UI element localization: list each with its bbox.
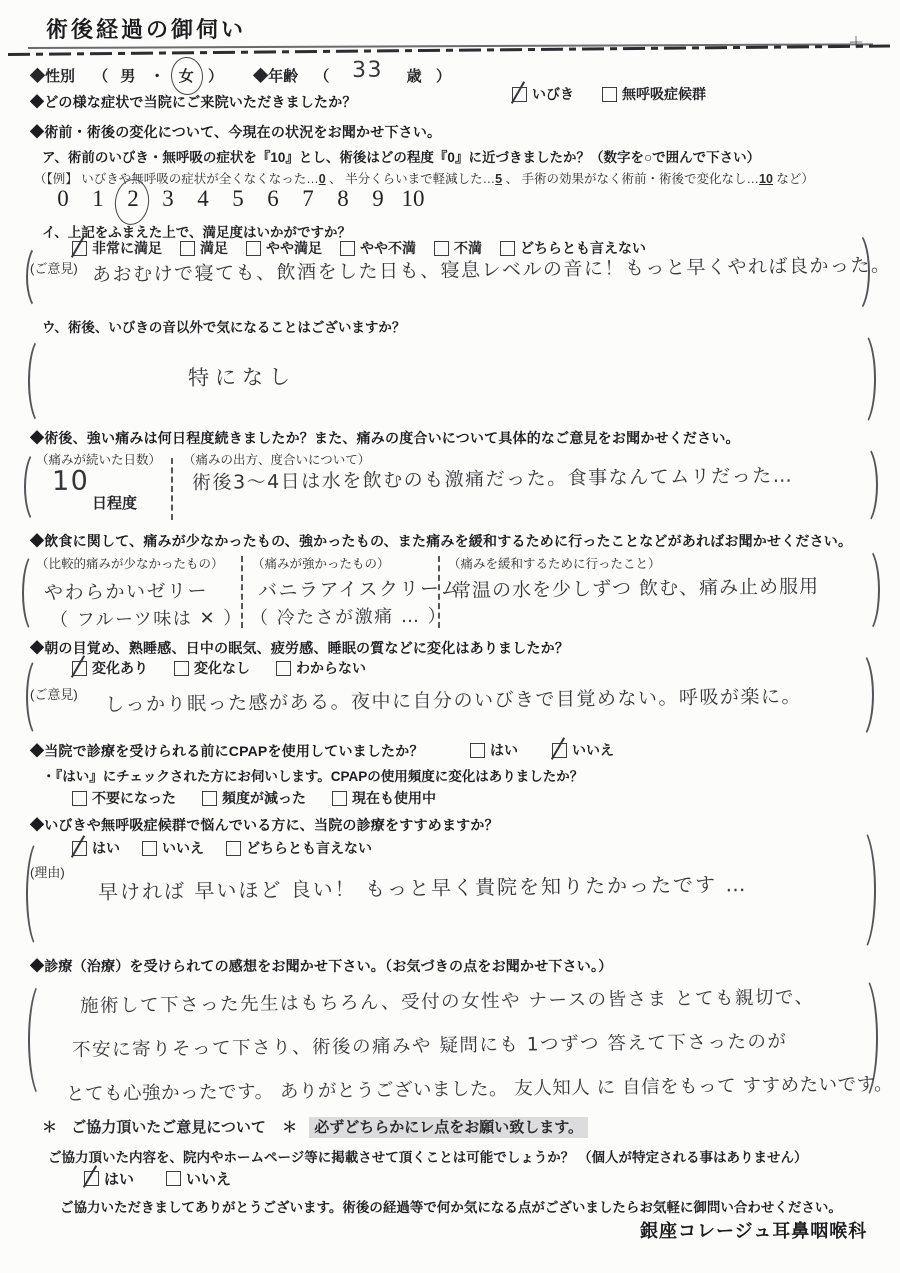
checkbox-label: 変化あり — [92, 658, 148, 678]
dashed-divider — [171, 458, 173, 520]
change-heading: ◆術前・術後の変化について、今現在の状況をお聞かせ下さい。 — [30, 122, 441, 142]
profile-row: ◆性別 （ 男 ・ 女 ） ◆年齢 （ 33 歳 ） — [30, 62, 451, 87]
checkbox-recommend-yes[interactable] — [72, 841, 87, 856]
comment-label: (ご意見) — [30, 684, 78, 703]
scale-number-6[interactable]: 6 — [260, 186, 286, 212]
footer-thanks: ご協力いただきましてありがとうございます。術後の経過等で何か気になる点がございま… — [60, 1196, 842, 1216]
checkbox-label: 無呼吸症候群 — [622, 84, 706, 104]
recommend-question: ◆いびきや無呼吸症候群で悩んでいる方に、当院の診療をすすめますか？ — [30, 815, 499, 835]
comment-label: (ご意見) — [30, 258, 78, 277]
age-paren-open: （ — [314, 68, 329, 85]
reason-label: (理由) — [30, 862, 65, 881]
checkbox-recommend-no[interactable] — [142, 841, 157, 856]
survey-form-page: 術後経過の御伺い ＋ ◆性別 （ 男 ・ 女 ） ◆年齢 （ 33 歳 ） ◆ど… — [0, 0, 900, 1273]
footer-note-label: ご協力頂いたご意見について — [71, 1119, 266, 1136]
clinic-name: 銀座コレージュ耳鼻咽喉科 — [640, 1217, 867, 1243]
checkbox-label: いびき — [532, 84, 574, 104]
gender-label: ◆性別 — [30, 68, 75, 85]
eating-col2-line2-handwritten: （ 冷たさが激痛 … ） — [250, 602, 447, 630]
cpap-q2-options: 不要になった 頻度が減った 現在も使用中 — [72, 788, 436, 808]
checkbox-changed[interactable] — [72, 661, 87, 676]
eating-heading: ◆飲食に関して、痛みが少なかったもの、強かったもの、また痛みを緩和するために行っ… — [30, 531, 852, 551]
checkbox-somewhat-satisfied[interactable] — [246, 241, 261, 256]
pain-heading: ◆術後、強い痛みは何日程度続きましたか？また、痛みの度合いについて具体的なご意見… — [30, 428, 740, 448]
rating-scale: 0 1 2 3 4 5 6 7 8 9 10 — [50, 186, 426, 212]
checkbox-publish-yes[interactable] — [84, 1171, 99, 1186]
cpap-option-yes: はい — [470, 740, 518, 760]
checkbox-label: はい — [92, 838, 120, 858]
impressions-line2-handwritten: 不安に寄りそって下さり、術後の痛みや 疑問にも 1つずつ 答えて下さったのが — [72, 1027, 788, 1062]
publish-question: ご協力頂いた内容を、院内やホームページ等に掲載させて頂くことは可能でしょうか？ … — [48, 1146, 807, 1166]
satisfaction-option: 満足 — [180, 238, 228, 258]
satisfaction-option: やや満足 — [246, 238, 322, 258]
checkbox-label: やや満足 — [266, 238, 322, 258]
example-text: 、 半分くらいまで軽減した… — [326, 172, 495, 186]
sleep-heading: ◆朝の目覚め、熟睡感、日中の眠気、疲労感、睡眠の質などに変化はありましたか？ — [30, 638, 569, 658]
scale-number-5[interactable]: 5 — [225, 186, 251, 212]
checkbox-mukokyu[interactable] — [602, 87, 617, 102]
checkbox-label: やや不満 — [360, 238, 416, 258]
checkbox-label: はい — [104, 1168, 134, 1189]
example-value-10: 10 — [759, 172, 773, 186]
cpap-q1-options: はい いいえ — [470, 740, 614, 760]
asterisk-mark: ＊ — [282, 1119, 297, 1136]
impressions-line3-handwritten: とても心強かったです。 ありがとうございました。 友人知人 に 自信をもって す… — [66, 1070, 893, 1106]
age-unit: 歳 — [407, 68, 422, 85]
checkbox-label: 頻度が減った — [222, 788, 306, 808]
cpap-freq-option: 不要になった — [72, 788, 176, 808]
checkbox-label: 不要になった — [92, 788, 176, 808]
eating-col1-line2-handwritten: （ フルーツ味は ✕ ） — [50, 604, 243, 632]
recommend-option-yes: はい — [72, 838, 120, 858]
eating-col1-line1-handwritten: やわらかいゼリー — [44, 576, 208, 605]
cpap-freq-option: 現在も使用中 — [332, 788, 436, 808]
checkbox-recommend-neither[interactable] — [226, 841, 241, 856]
checkbox-label: 現在も使用中 — [352, 788, 436, 808]
checkbox-label: どちらとも言えない — [246, 838, 372, 858]
sleep-options: 変化あり 変化なし わからない — [72, 658, 366, 678]
example-text: 、 手術の効果がなく術前・術後で変化なし… — [502, 172, 759, 186]
checkbox-dissatisfied[interactable] — [434, 241, 449, 256]
asterisk-mark: ＊ — [42, 1119, 57, 1136]
footer-note-bold-highlight: 必ずどちらかにレ点をお願い致します。 — [309, 1117, 588, 1138]
other-concerns-answer-handwritten: 特になし — [188, 361, 296, 392]
symptom-question: ◆どの様な症状で当院にご来院いただきましたか？ — [30, 92, 357, 112]
checkbox-cpap-no[interactable] — [552, 743, 567, 758]
bracket-right — [844, 826, 876, 954]
recommend-option-neither: どちらとも言えない — [226, 838, 372, 858]
recommend-reason-handwritten: 早ければ 早いほど 良い！ もっと早く貴院を知りたかったです … — [98, 868, 748, 905]
gender-option-female-circled[interactable]: 女 — [179, 65, 194, 86]
checkbox-no-change[interactable] — [174, 661, 189, 676]
bracket-right — [844, 650, 874, 740]
change-question-a: ア、術前のいびき・無呼吸の症状を『10』とし、術後はどの程度『0』に近づきました… — [42, 146, 760, 166]
checkbox-publish-no[interactable] — [166, 1171, 181, 1186]
checkbox-frequency-decreased[interactable] — [202, 791, 217, 806]
sleep-option: わからない — [276, 658, 366, 678]
checkbox-label: いいえ — [186, 1168, 231, 1189]
sleep-option: 変化あり — [72, 658, 148, 678]
gender-paren-close: ） — [208, 68, 223, 85]
eating-col3-label: （痛みを緩和するために行ったこと） — [448, 554, 661, 572]
gender-option-male[interactable]: 男 — [120, 68, 135, 85]
bracket-left — [26, 244, 52, 310]
scale-number-3[interactable]: 3 — [155, 186, 181, 212]
change-example-line: （【例】 いびきや無呼吸の症状が全くなくなった…0 、 半分くらいまで軽減した…… — [34, 169, 814, 187]
age-paren-close: ） — [436, 68, 451, 85]
other-concerns-question: ウ、術後、いびきの音以外で気になることはございますか？ — [42, 316, 405, 336]
eating-col1-label: （比較的痛みが少なかったもの） — [36, 554, 224, 572]
eating-col3-line1-handwritten: 常温の水を少しずつ 飲む、痛み止め服用 — [452, 572, 819, 603]
pen-plus-mark: ＋ — [848, 30, 866, 53]
checkbox-neither[interactable] — [500, 241, 515, 256]
bracket-right — [852, 546, 880, 634]
checkbox-label: はい — [490, 740, 518, 760]
age-value-handwritten: 33 — [351, 58, 382, 83]
example-text: など） — [773, 172, 814, 186]
checkbox-unknown[interactable] — [276, 661, 291, 676]
symptom-option-mukokyu: 無呼吸症候群 — [602, 84, 706, 104]
scale-number-0[interactable]: 0 — [50, 186, 76, 212]
symptom-options: いびき 無呼吸症候群 — [512, 84, 706, 104]
page-title: 術後経過の御伺い — [46, 13, 246, 44]
checkbox-cpap-yes[interactable] — [470, 743, 485, 758]
checkbox-very-satisfied[interactable] — [72, 241, 87, 256]
bracket-left — [28, 336, 56, 426]
cpap-question1: ◆当院で診療を受けられる前にCPAPを使用していましたか？ — [30, 741, 424, 761]
cpap-freq-option: 頻度が減った — [202, 788, 306, 808]
impressions-line1-handwritten: 施術して下さった先生はもちろん、受付の女性や ナースの皆さま とても親切で、 — [80, 983, 815, 1018]
pain-days-value-handwritten: 10 — [52, 466, 90, 497]
checkbox-somewhat-dissatisfied[interactable] — [340, 241, 355, 256]
checkbox-ibiki[interactable] — [512, 87, 527, 102]
scale-number-10[interactable]: 10 — [400, 186, 426, 212]
impressions-heading: ◆診療（治療）を受けられての感想をお聞かせ下さい。（お気づきの点をお聞かせ下さい… — [30, 956, 612, 976]
symptom-option-ibiki: いびき — [512, 84, 574, 104]
checkbox-satisfied[interactable] — [180, 241, 195, 256]
scale-number-2[interactable]: 2 — [120, 186, 146, 212]
recommend-option-no: いいえ — [142, 838, 204, 858]
example-value-0: 0 — [319, 172, 326, 186]
gender-paren-open: （ — [93, 68, 108, 85]
satisfaction-option: 非常に満足 — [72, 238, 162, 258]
sleep-comment-handwritten: しっかり眠った感がある。夜中に自分のいびきで目覚めない。呼吸が楽に。 — [105, 681, 802, 717]
checkbox-label: いいえ — [162, 838, 204, 858]
bracket-right — [850, 444, 878, 526]
eating-col2-line1-handwritten: バニラアイスクリーム — [258, 574, 461, 603]
bracket-left — [26, 838, 54, 950]
checkbox-still-using[interactable] — [332, 791, 347, 806]
scale-number-4[interactable]: 4 — [190, 186, 216, 212]
gender-separator: ・ — [150, 68, 165, 85]
publish-option-no: いいえ — [166, 1168, 231, 1189]
checkbox-label: 変化なし — [194, 658, 250, 678]
pain-days-unit: 日程度 — [92, 492, 137, 513]
publish-options: はい いいえ — [84, 1168, 231, 1189]
checkbox-label: わからない — [296, 658, 366, 678]
cpap-option-no: いいえ — [552, 740, 614, 760]
example-text: （【例】 いびきや無呼吸の症状が全くなくなった… — [34, 172, 319, 186]
sleep-option: 変化なし — [174, 658, 250, 678]
checkbox-label: 満足 — [200, 238, 228, 258]
bracket-right — [846, 330, 876, 428]
cpap-question2: ・『はい』にチェックされた方にお伺いします。CPAPの使用頻度に変化はありました… — [42, 765, 583, 785]
checkbox-no-longer-needed[interactable] — [72, 791, 87, 806]
age-label: ◆年齢 — [253, 68, 298, 85]
scale-number-9[interactable]: 9 — [365, 186, 391, 212]
satisfaction-option: やや不満 — [340, 238, 416, 258]
checkbox-label: いいえ — [572, 740, 614, 760]
scale-number-1[interactable]: 1 — [85, 186, 111, 212]
bracket-left — [28, 980, 58, 1100]
publish-option-yes: はい — [84, 1168, 134, 1189]
eating-col2-label: （痛みが強かったもの） — [252, 554, 390, 572]
scale-number-7[interactable]: 7 — [295, 186, 321, 212]
checkbox-label: 非常に満足 — [92, 238, 162, 258]
recommend-options: はい いいえ どちらとも言えない — [72, 838, 372, 858]
scale-number-8[interactable]: 8 — [330, 186, 356, 212]
footer-note-row: ＊ ご協力頂いたご意見について ＊ 必ずどちらかにレ点をお願い致します。 — [42, 1116, 588, 1137]
